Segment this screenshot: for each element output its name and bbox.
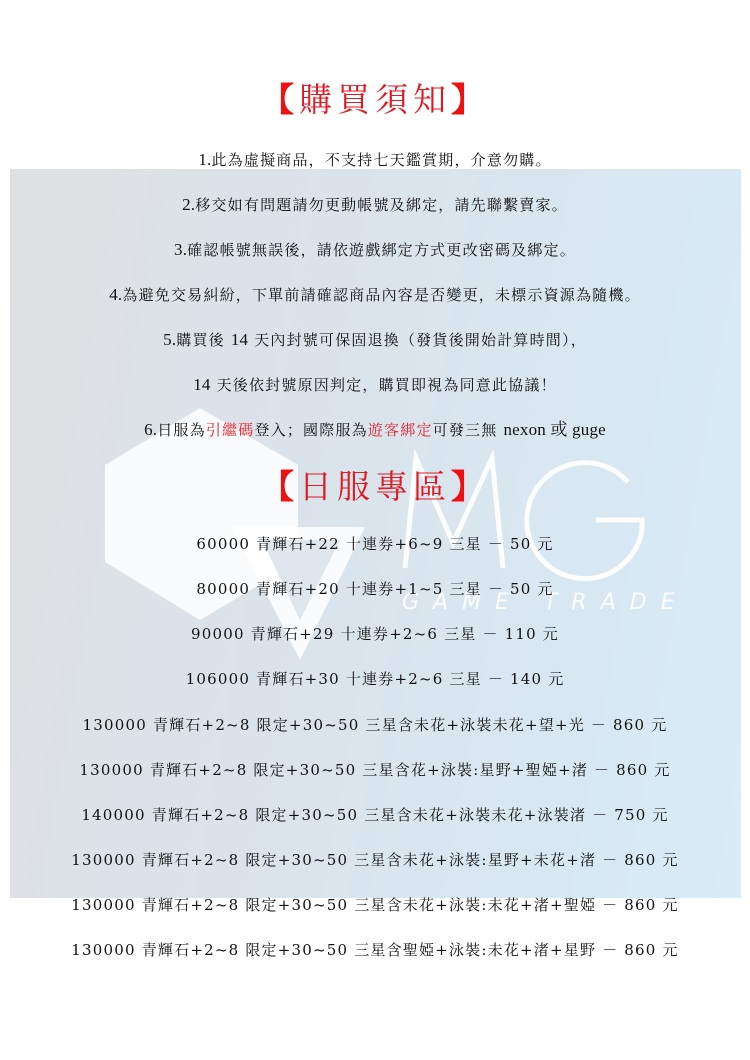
- purchase-notice-title-text: 購買須知: [299, 80, 451, 119]
- guest-binding-highlight: 遊客綁定: [368, 421, 433, 439]
- listing-item: 130000 青輝石+2~8 限定+30~50 三星含花+泳裝:星野+聖婭+渚 …: [0, 760, 750, 780]
- notice-item-4: 4.為避免交易糾紛，下單前請確認商品內容是否變更，未標示資源為隨機。: [0, 285, 750, 305]
- listing-item: 130000 青輝石+2~8 限定+30~50 三星含未花+泳裝:未花+渚+聖婭…: [0, 895, 750, 915]
- jp-section-title: 【日服專區】: [0, 467, 750, 507]
- notice-item-6: 6.日服為引繼碼登入；國際服為遊客綁定可發三無 nexon 或 guge: [0, 420, 750, 440]
- listing-item: 130000 青輝石+2~8 限定+30~50 三星含聖婭+泳裝:未花+渚+星野…: [0, 940, 750, 960]
- listing-item: 90000 青輝石+29 十連券+2~6 三星 － 110 元: [0, 624, 750, 644]
- notice-item-5: 5.購買後 14 天內封號可保固退換（發貨後開始計算時間），: [0, 330, 750, 350]
- notice-item-5-continued: 14 天後依封號原因判定，購買即視為同意此協議！: [0, 375, 750, 395]
- listing-item: 60000 青輝石+22 十連券+6~9 三星 － 50 元: [0, 534, 750, 554]
- listing-item: 140000 青輝石+2~8 限定+30~50 三星含未花+泳裝未花+泳裝渚 －…: [0, 805, 750, 825]
- listing-item: 130000 青輝石+2~8 限定+30~50 三星含未花+泳裝未花+望+光 －…: [0, 715, 750, 735]
- listing-item: 80000 青輝石+20 十連券+1~5 三星 － 50 元: [0, 579, 750, 599]
- notice-item-3: 3.確認帳號無誤後，請依遊戲綁定方式更改密碼及綁定。: [0, 240, 750, 260]
- notice-item-2: 2.移交如有問題請勿更動帳號及綁定，請先聯繫賣家。: [0, 195, 750, 215]
- listing-item: 106000 青輝石+30 十連券+2~6 三星 － 140 元: [0, 669, 750, 689]
- listing-item: 130000 青輝石+2~8 限定+30~50 三星含未花+泳裝:星野+未花+渚…: [0, 850, 750, 870]
- purchase-notice-title: 【購買須知】: [0, 80, 750, 120]
- transfer-code-highlight: 引繼碼: [206, 421, 255, 439]
- notice-item-1: 1.此為虛擬商品，不支持七天鑑賞期，介意勿購。: [0, 150, 750, 170]
- jp-section-title-text: 日服專區: [299, 467, 451, 506]
